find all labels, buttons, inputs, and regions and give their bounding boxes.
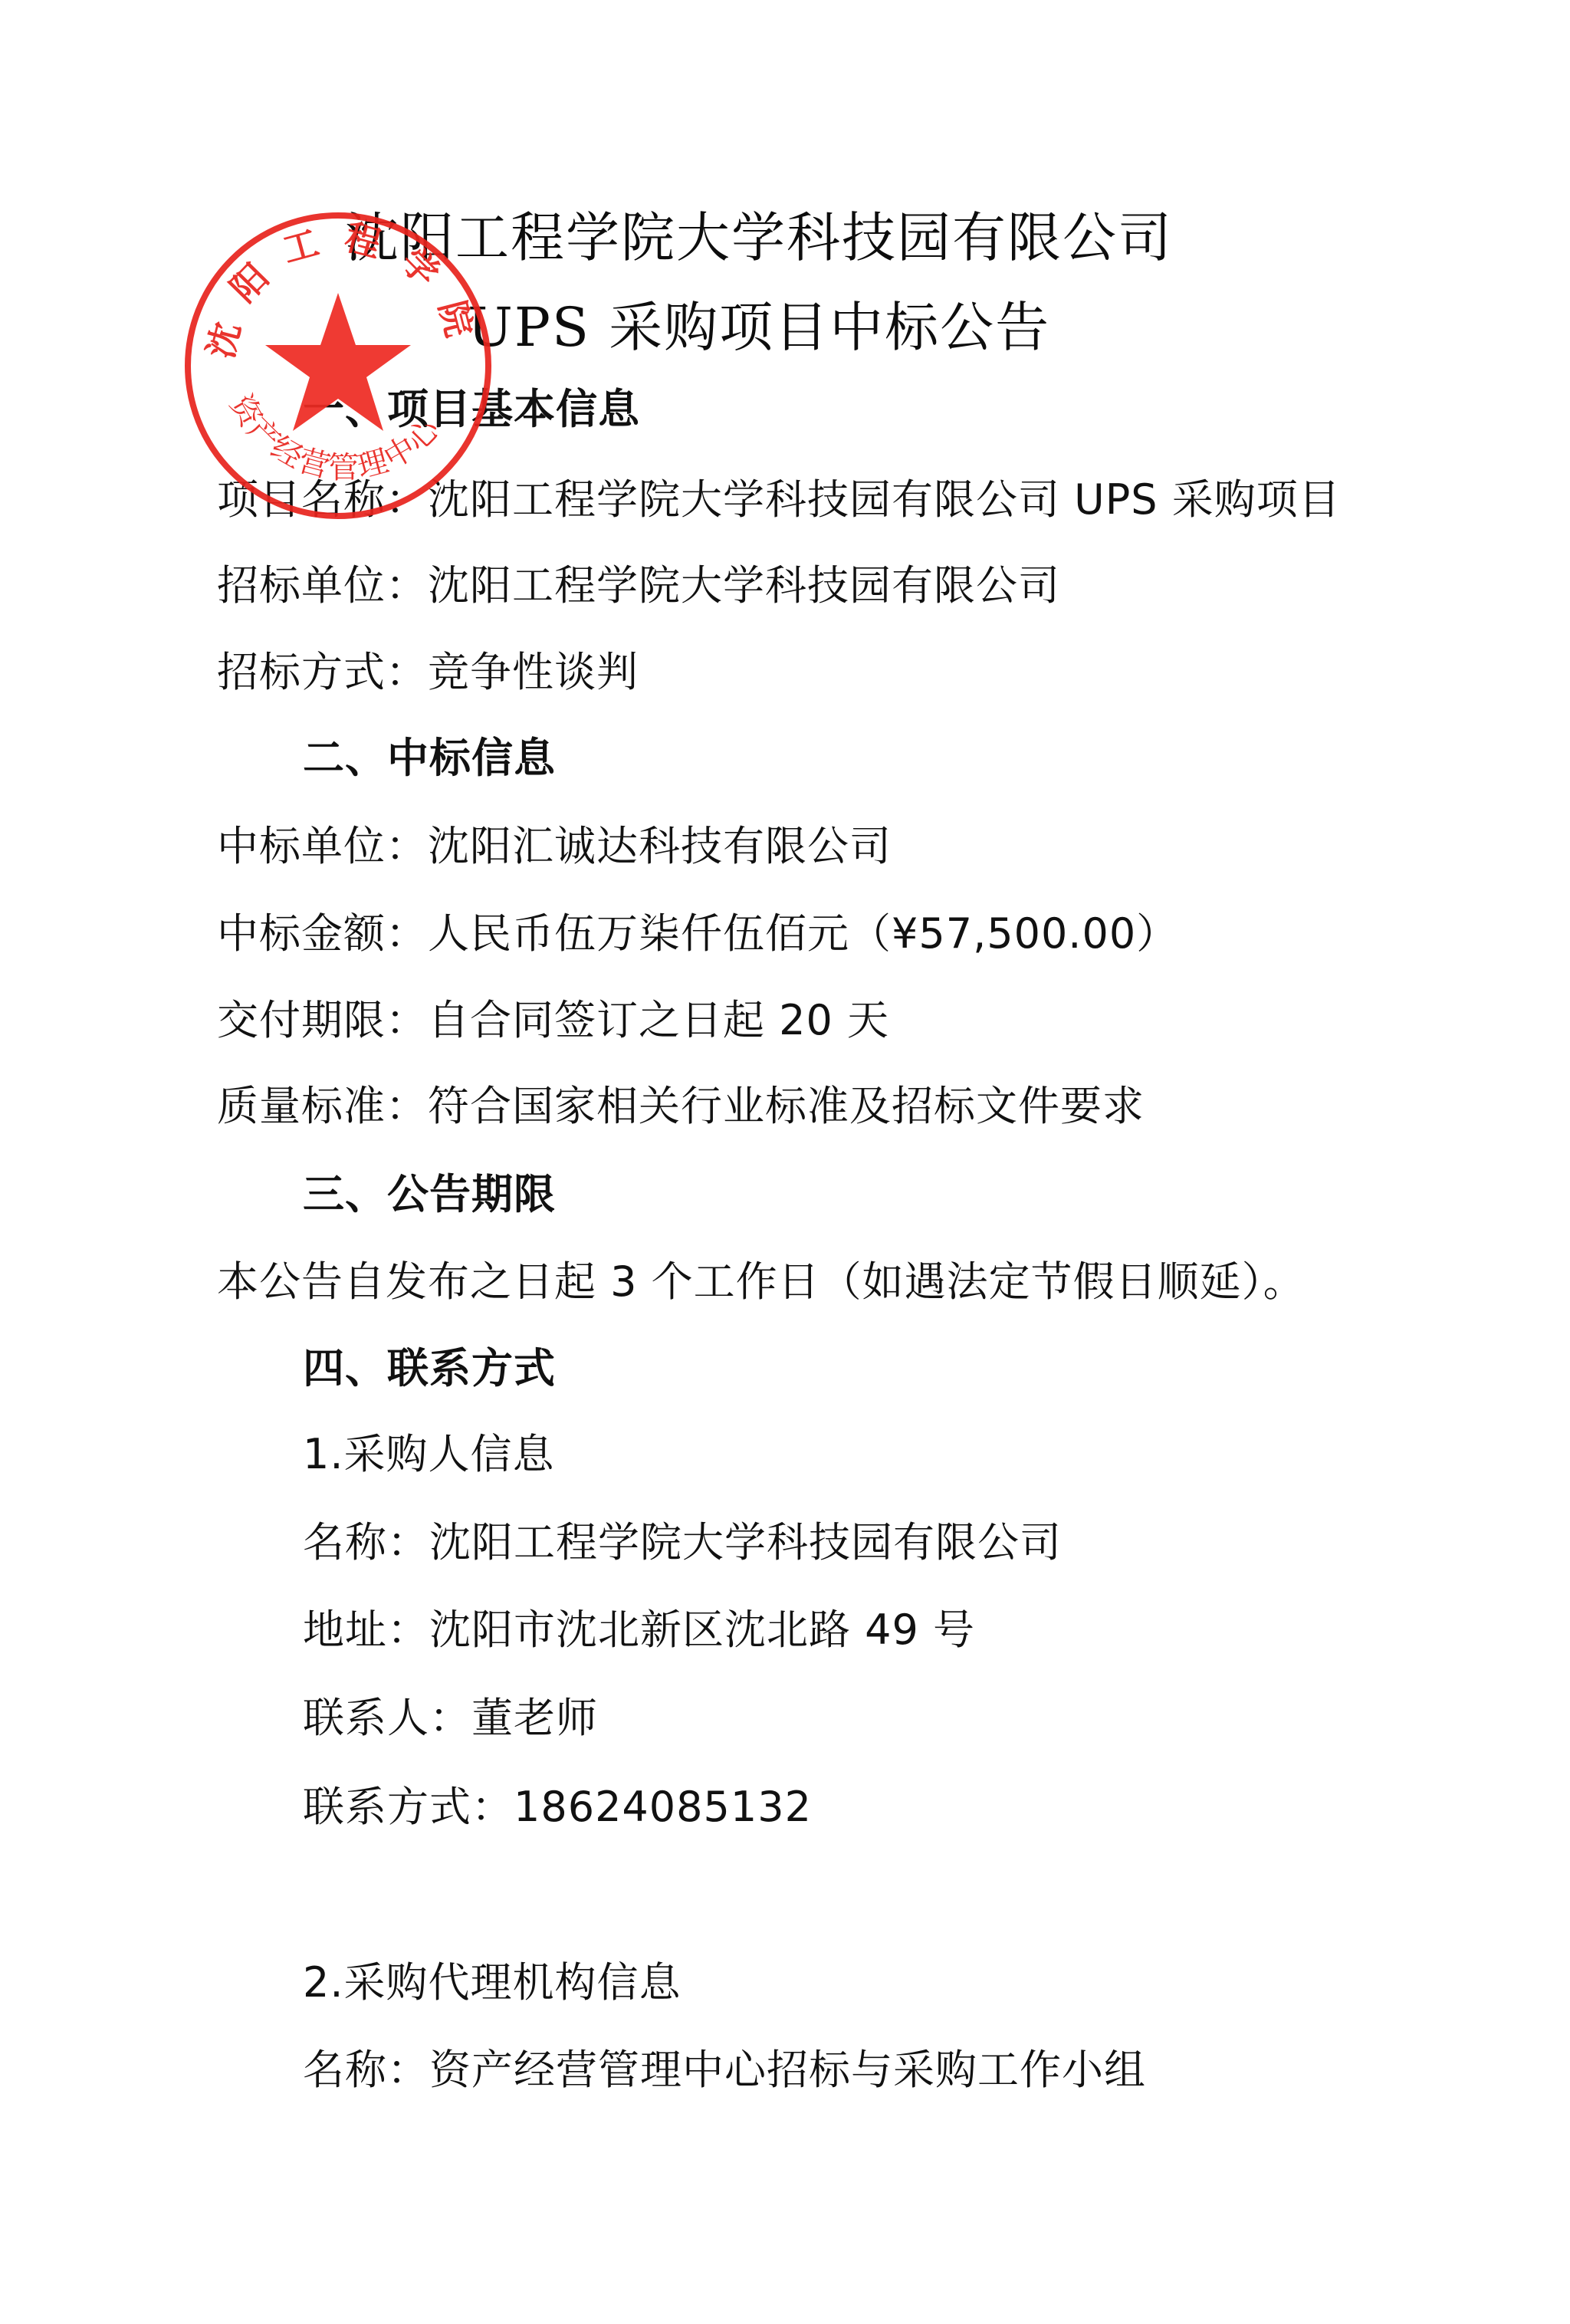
section-heading-contact: 四、联系方式 bbox=[303, 1346, 556, 1392]
purchaser-address: 地址：沈阳市沈北新区沈北路 49 号 bbox=[303, 1607, 975, 1653]
section-heading-notice-period: 三、公告期限 bbox=[303, 1172, 556, 1218]
agency-name: 名称：资产经营管理中心招标与采购工作小组 bbox=[303, 2047, 1146, 2093]
section-heading-award-info: 二、中标信息 bbox=[303, 735, 556, 781]
notice-period-text: 本公告自发布之日起 3 个工作日（如遇法定节假日顺延）。 bbox=[217, 1259, 1306, 1305]
subheading-agency: 2.采购代理机构信息 bbox=[303, 1960, 682, 2006]
field-winning-unit: 中标单位：沈阳汇诚达科技有限公司 bbox=[217, 823, 892, 869]
field-delivery-period: 交付期限：自合同签订之日起 20 天 bbox=[217, 998, 889, 1044]
field-quality-standard: 质量标准：符合国家相关行业标准及招标文件要求 bbox=[217, 1083, 1145, 1129]
field-project-name: 项目名称：沈阳工程学院大学科技园有限公司 UPS 采购项目 bbox=[217, 477, 1341, 523]
field-tender-unit: 招标单位：沈阳工程学院大学科技园有限公司 bbox=[217, 563, 1060, 609]
document-title-line1: 沈阳工程学院大学科技园有限公司 bbox=[0, 207, 1518, 268]
purchaser-phone: 联系方式：18624085132 bbox=[303, 1784, 812, 1830]
field-winning-amount: 中标金额：人民币伍万柒仟伍佰元（¥57,500.00） bbox=[217, 911, 1178, 957]
document-title-line2: UPS 采购项目中标公告 bbox=[0, 297, 1518, 358]
purchaser-name: 名称：沈阳工程学院大学科技园有限公司 bbox=[303, 1520, 1062, 1566]
subheading-purchaser: 1.采购人信息 bbox=[303, 1432, 555, 1478]
field-tender-method: 招标方式：竞争性谈判 bbox=[217, 649, 639, 695]
section-heading-basic-info: 一、项目基本信息 bbox=[303, 386, 640, 432]
purchaser-contact-person: 联系人：董老师 bbox=[303, 1695, 598, 1741]
